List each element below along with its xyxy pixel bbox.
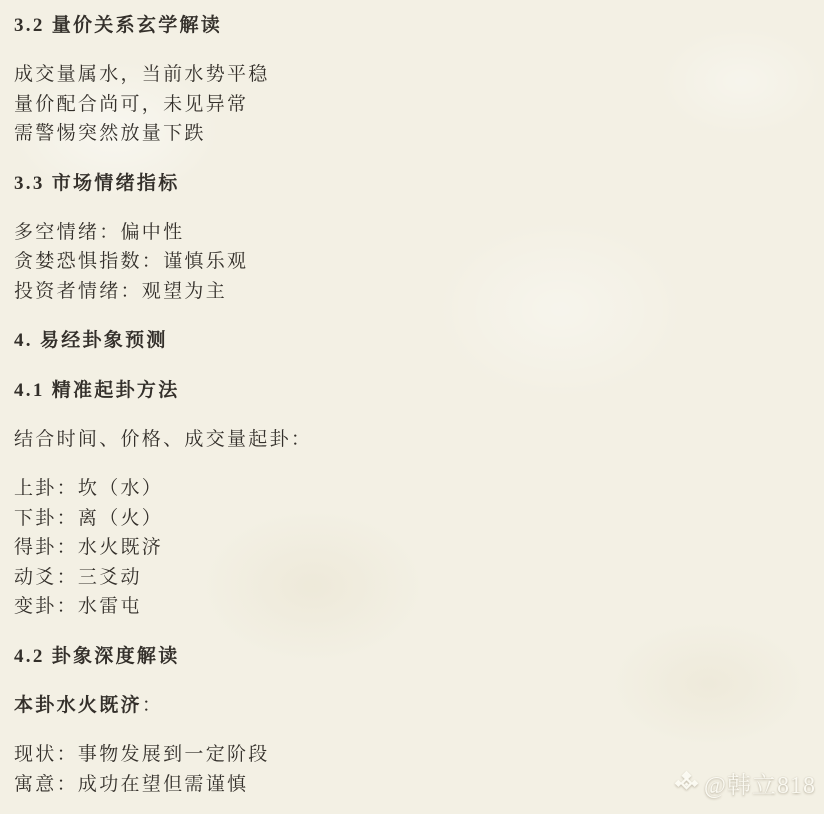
paragraph: 多空情绪：偏中性贪婪恐惧指数：谨慎乐观投资者情绪：观望为主 [14,218,810,306]
paragraph: 结合时间、价格、成交量起卦： [14,425,810,454]
paragraph: 现状：事物发展到一定阶段寓意：成功在望但需谨慎 [14,740,810,799]
section-heading: 3.3 市场情绪指标 [14,169,810,198]
text-run: ： [142,695,163,716]
document-page: 3.2 量价关系玄学解读成交量属水，当前水势平稳量价配合尚可，未见异常需警惕突然… [0,0,824,814]
paragraph: 上卦：坎（水）下卦：离（火）得卦：水火既济动爻：三爻动变卦：水雷屯 [14,474,810,621]
section-heading: 4.2 卦象深度解读 [14,642,810,671]
document-body: 3.2 量价关系玄学解读成交量属水，当前水势平稳量价配合尚可，未见异常需警惕突然… [0,0,824,799]
section-heading: 3.2 量价关系玄学解读 [14,11,810,40]
paragraph: 本卦水火既济： [14,691,810,720]
section-heading: 4. 易经卦象预测 [14,326,810,355]
text-run: 本卦水火既济 [14,695,142,716]
paragraph: 成交量属水，当前水势平稳量价配合尚可，未见异常需警惕突然放量下跌 [14,60,810,148]
section-heading: 4.1 精准起卦方法 [14,376,810,405]
